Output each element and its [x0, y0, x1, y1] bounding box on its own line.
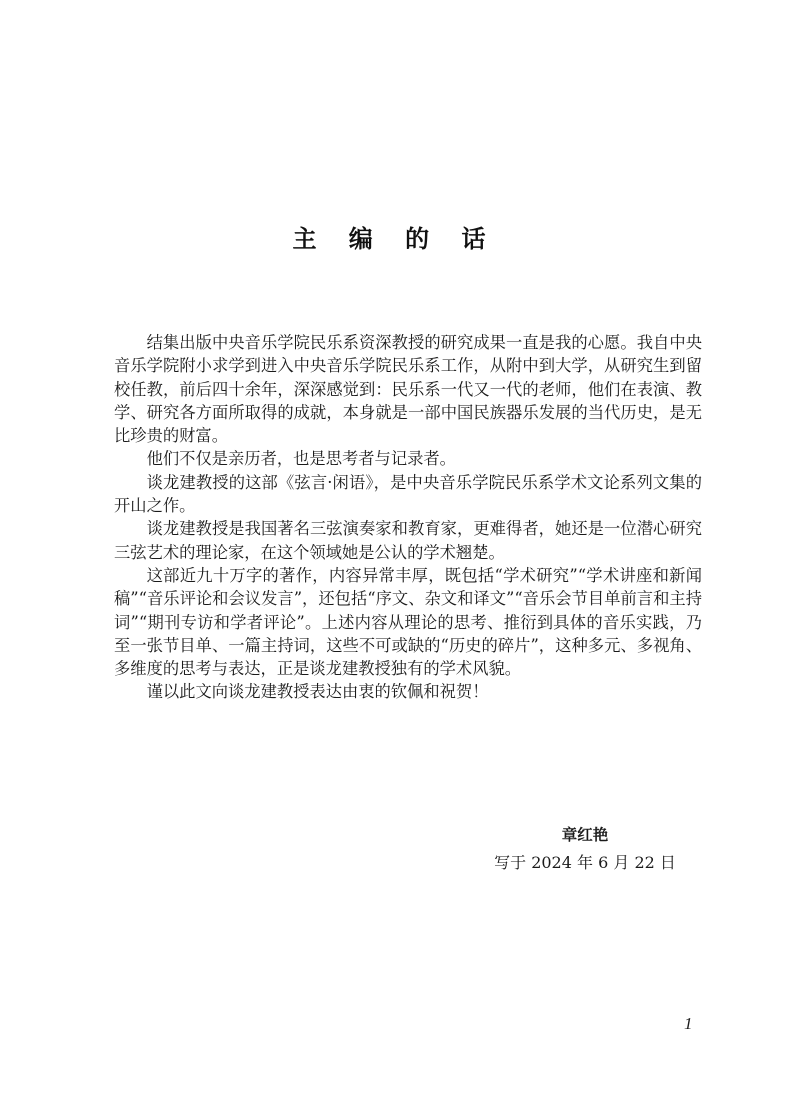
paragraph-4: 谈龙建教授是我国著名三弦演奏家和教育家，更难得者，她还是一位潜心研究三弦艺术的理…	[114, 517, 702, 564]
paragraph-6: 谨以此文向谈龙建教授表达由衷的钦佩和祝贺！	[114, 680, 702, 703]
body-text: 结集出版中央音乐学院民乐系资深教授的研究成果一直是我的心愿。我自中央音乐学院附小…	[114, 331, 702, 704]
paragraph-1: 结集出版中央音乐学院民乐系资深教授的研究成果一直是我的心愿。我自中央音乐学院附小…	[114, 331, 702, 447]
paragraph-3: 谈龙建教授的这部《弦言·闲语》，是中央音乐学院民乐系学术文论系列文集的开山之作。	[114, 471, 702, 518]
page-number: 1	[684, 1014, 693, 1034]
paragraph-2: 他们不仅是亲历者，也是思考者与记录者。	[114, 447, 702, 470]
signature-date: 写于 2024 年 6 月 22 日	[450, 850, 720, 873]
signature-name: 章红艳	[450, 823, 720, 845]
page-title: 主 编 的 话	[0, 219, 790, 254]
paragraph-5: 这部近九十万字的著作，内容异常丰厚，既包括“学术研究”“学术讲座和新闻稿”“音乐…	[114, 564, 702, 680]
